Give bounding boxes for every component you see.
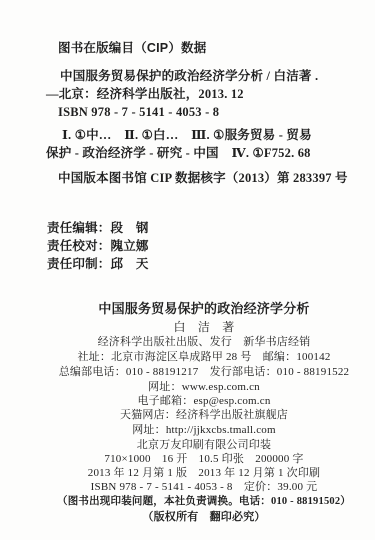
staff-editor: 责任编辑：段 钢 [47,222,149,235]
colophon-edition: 2013 年 12 月第 1 版 2013 年 12 月第 1 次印刷 [33,468,375,479]
colophon-book-title: 中国服务贸易保护的政治经济学分析 [33,302,375,315]
cip-classification-line1: Ⅰ. ①中… Ⅱ. ①白… Ⅲ. ①服务贸易 - 贸易 [62,129,312,142]
colophon-copyright-notice: （版权所有 翻印必究） [33,512,375,523]
colophon-address: 社址：北京市海淀区阜成路甲 28 号 邮编：100142 [33,352,375,363]
colophon-tmall-url: 网址：http://jjkxcbs.tmall.com [33,425,375,436]
colophon-author: 白 洁 著 [33,321,375,333]
cip-heading: 图书在版编目（CIP）数据 [58,42,206,55]
colophon-tmall-store: 天猫网店：经济科学出版社旗舰店 [33,410,375,421]
staff-print-supervisor: 责任印制：邱 天 [47,258,149,271]
cip-description-line1: 中国服务贸易保护的政治经济学分析 / 白洁著 . [60,70,318,83]
book-copyright-page: { "cip": { "heading": "图书在版编目（CIP）数据", "… [0,0,375,540]
colophon-printer: 北京万友印刷有限公司印装 [33,440,375,451]
cip-record-number: 中国版本图书馆 CIP 数据核字（2013）第 283397 号 [58,172,348,185]
cip-description-line2: —北京：经济科学出版社，2013. 12 [46,88,244,101]
colophon-publisher: 经济科学出版社出版、发行 新华书店经销 [33,337,375,348]
staff-proofreader: 责任校对：隗立娜 [47,240,149,253]
colophon-email: 电子邮箱：esp@esp.com.cn [33,396,375,407]
colophon-website: 网址：www.esp.com.cn [33,382,375,393]
cip-isbn: ISBN 978 - 7 - 5141 - 4053 - 8 [58,106,219,119]
colophon-format: 710×1000 16 开 10.5 印张 200000 字 [33,454,375,465]
scanned-page: 图书在版编目（CIP）数据 中国服务贸易保护的政治经济学分析 / 白洁著 . —… [0,0,375,540]
colophon-isbn-price: ISBN 978 - 7 - 5141 - 4053 - 8 定价：39.00 … [33,482,375,493]
cip-classification-line2: 保护 - 政治经济学 - 研究 - 中国 Ⅳ. ①F752. 68 [46,147,311,160]
colophon-service-notice: （图书出现印装问题，本社负责调换。电话：010 - 88191502） [33,497,375,508]
colophon-phones: 总编部电话：010 - 88191217 发行部电话：010 - 8819152… [33,367,375,378]
